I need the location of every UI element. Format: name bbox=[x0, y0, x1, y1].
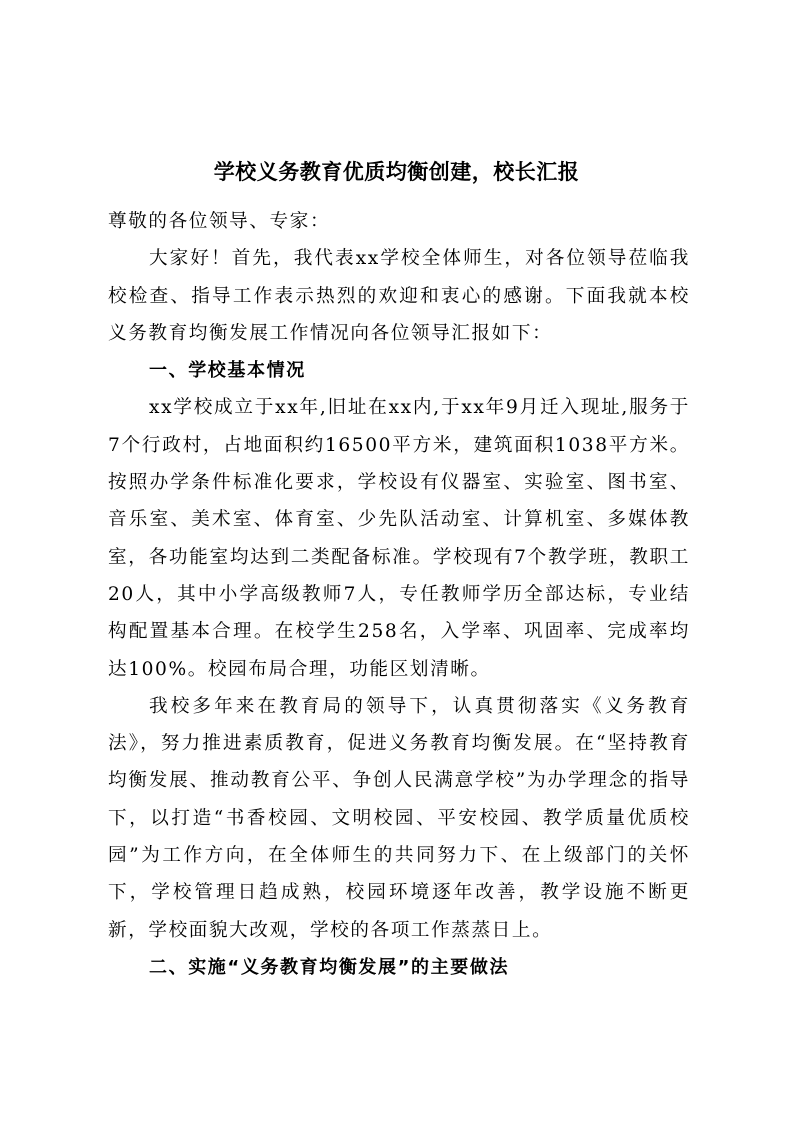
section-heading-2: 二、实施“义务教育均衡发展”的主要做法 bbox=[108, 949, 690, 986]
section-1-paragraph-2: 我校多年来在教育局的领导下，认真贯彻落实《义务教育法》，努力推进素质教育，促进义… bbox=[108, 688, 690, 949]
document-page: 学校义务教育优质均衡创建，校长汇报 尊敬的各位领导、专家： 大家好！首先，我代表… bbox=[0, 0, 793, 1122]
salutation: 尊敬的各位领导、专家： bbox=[108, 203, 690, 240]
document-body: 尊敬的各位领导、专家： 大家好！首先，我代表xx学校全体师生，对各位领导莅临我校… bbox=[108, 203, 690, 986]
section-heading-1: 一、学校基本情况 bbox=[108, 352, 690, 389]
opening-paragraph: 大家好！首先，我代表xx学校全体师生，对各位领导莅临我校检查、指导工作表示热烈的… bbox=[108, 240, 690, 352]
section-1-paragraph-1: xx学校成立于xx年,旧址在xx内,于xx年9月迁入现址,服务于7个行政村，占地… bbox=[108, 389, 690, 687]
document-title: 学校义务教育优质均衡创建，校长汇报 bbox=[0, 157, 793, 187]
